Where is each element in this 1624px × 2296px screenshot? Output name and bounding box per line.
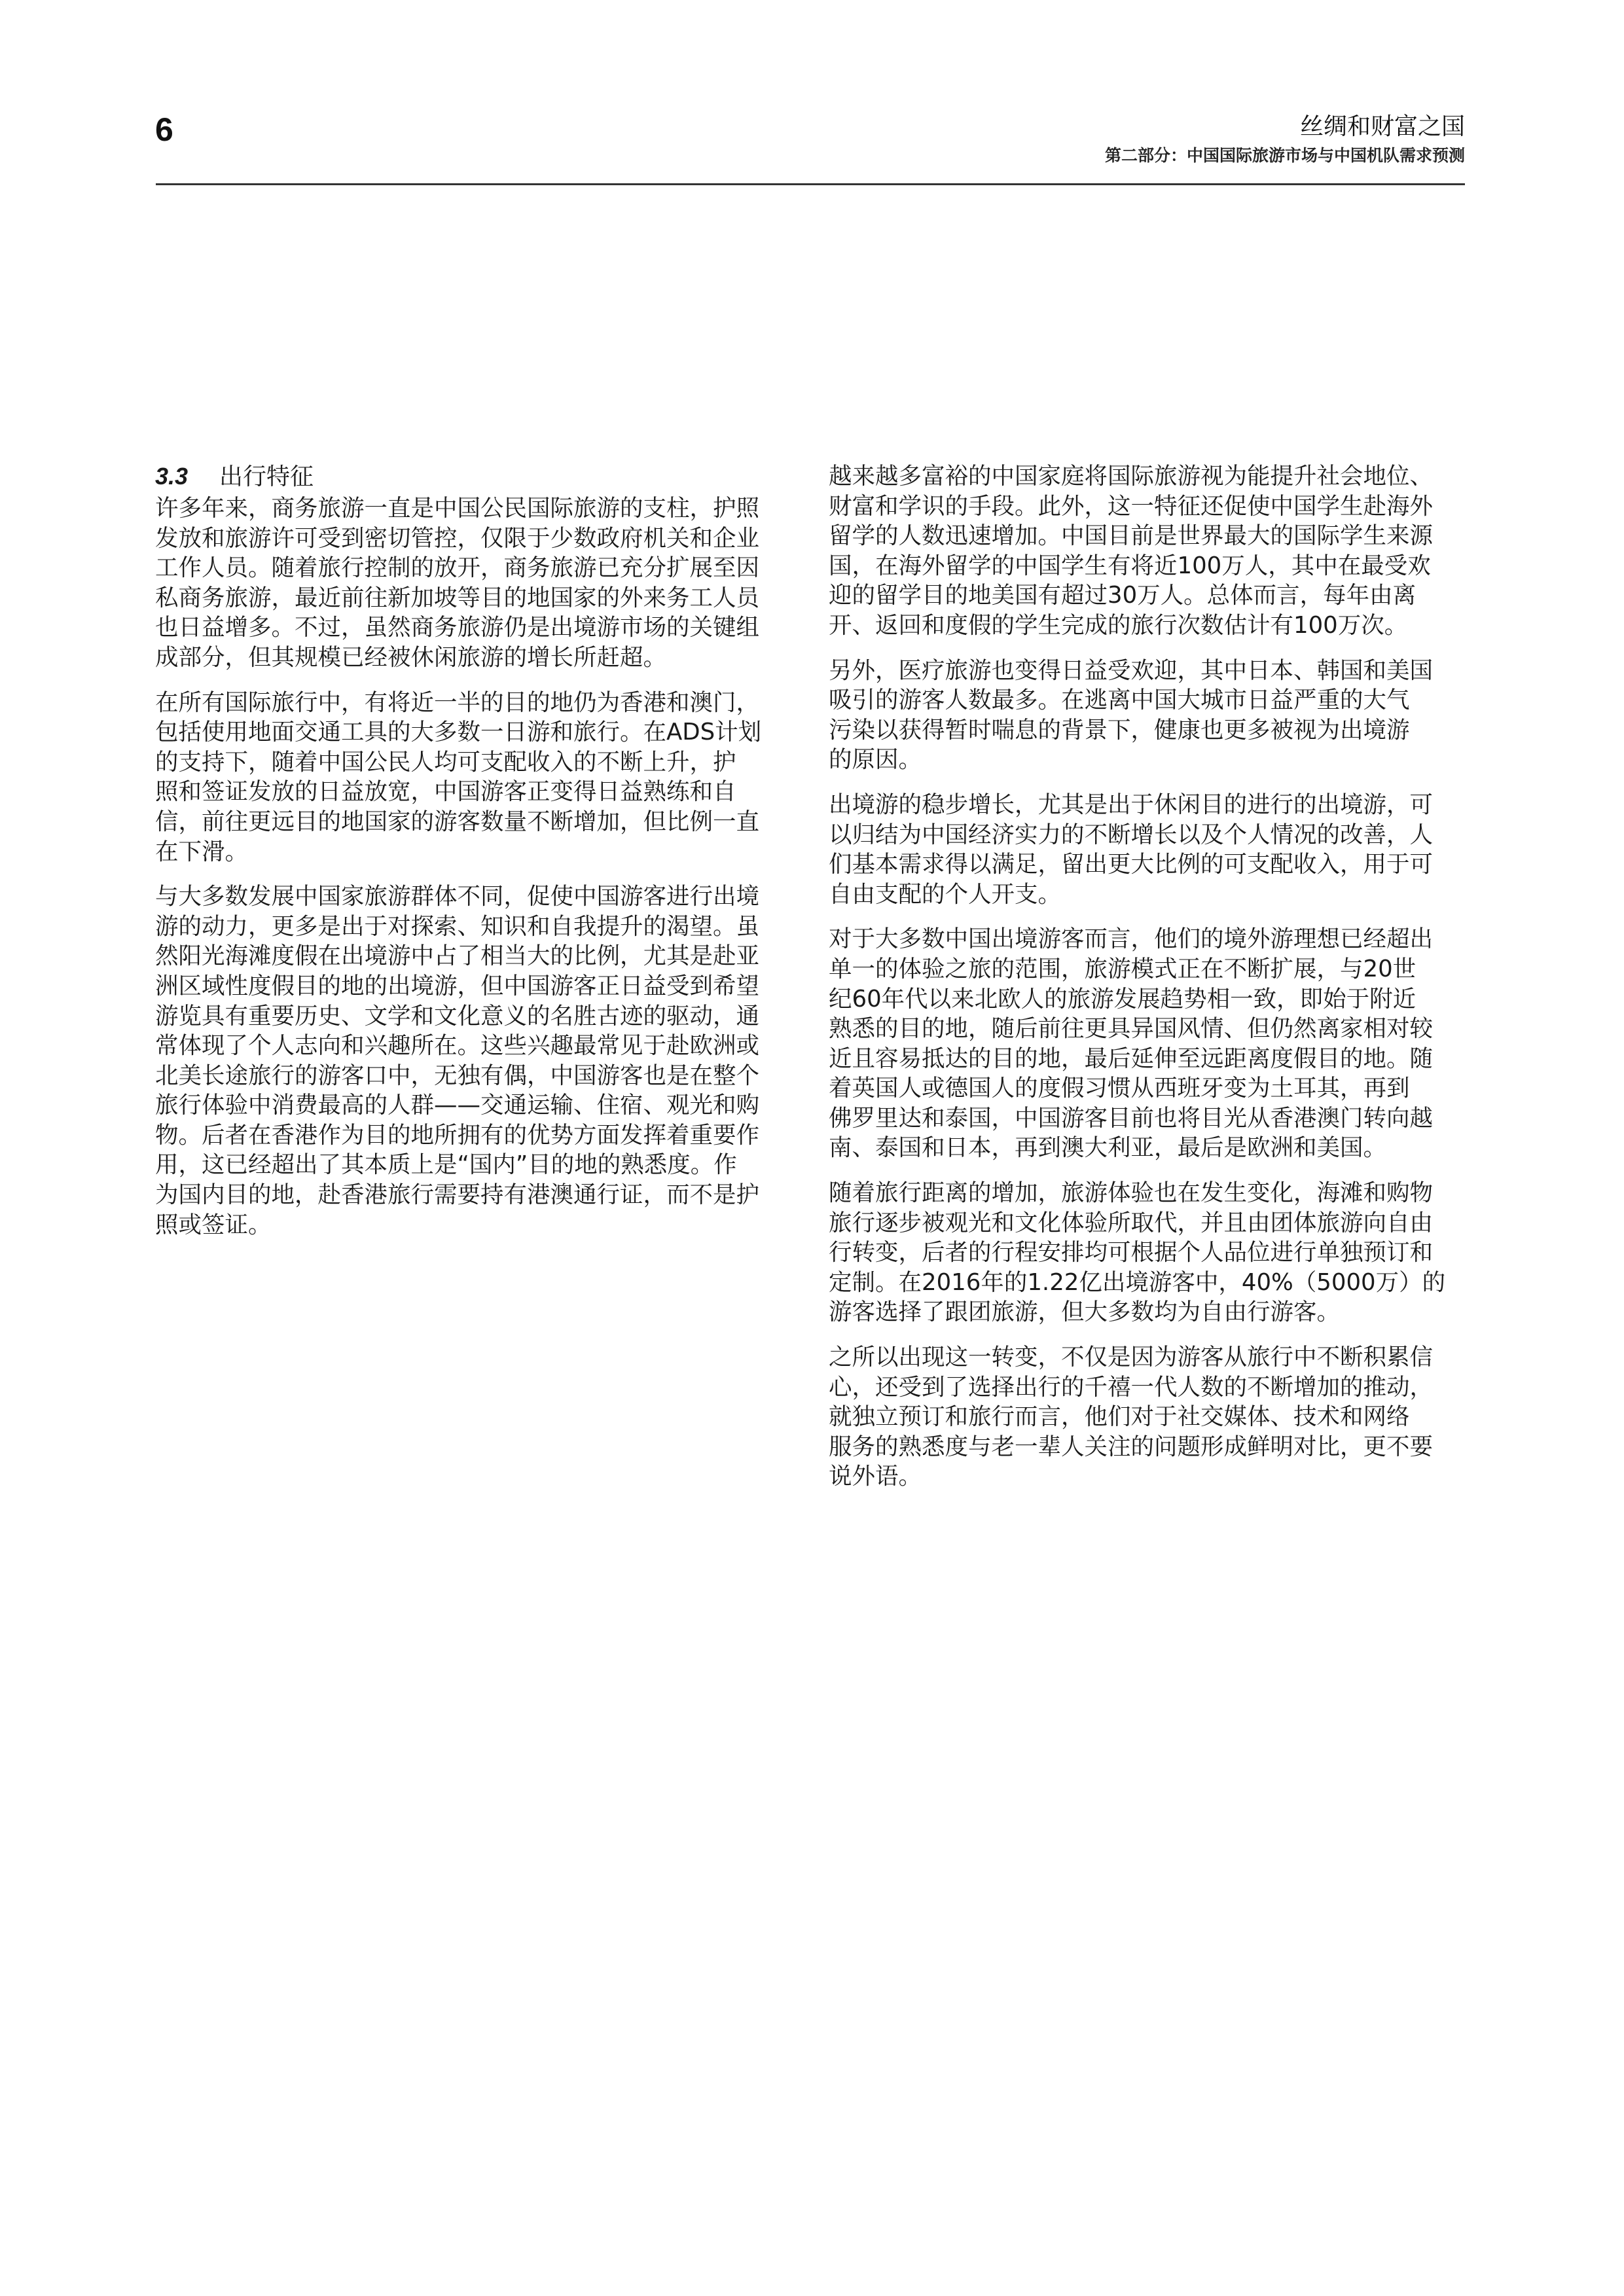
left-paragraphs: 许多年来，商务旅游一直是中国公民国际旅游的支柱，护照发放和旅游许可受到密切管控，… bbox=[155, 493, 792, 1240]
text-line: 也日益增多。不过，虽然商务旅游仍是出境游市场的关键组 bbox=[155, 613, 792, 643]
text-line: 私商务旅游，最近前往新加坡等目的地国家的外来务工人员 bbox=[155, 583, 792, 613]
text-line: 游的动力，更多是出于对探索、知识和自我提升的渴望。虽 bbox=[155, 912, 792, 942]
text-line: 熟悉的目的地，随后前往更具异国风情、但仍然离家相对较 bbox=[829, 1014, 1466, 1044]
text-line: 自由支配的个人开支。 bbox=[829, 880, 1466, 910]
right-paragraphs: 越来越多富裕的中国家庭将国际旅游视为能提升社会地位、财富和学识的手段。此外，这一… bbox=[829, 461, 1466, 1492]
text-line: 行转变，后者的行程安排均可根据个人品位进行单独预订和 bbox=[829, 1238, 1466, 1268]
text-line: 为国内目的地，赴香港旅行需要持有港澳通行证，而不是护 bbox=[155, 1180, 792, 1210]
text-line: 物。后者在香港作为目的地所拥有的优势方面发挥着重要作 bbox=[155, 1121, 792, 1151]
paragraph: 越来越多富裕的中国家庭将国际旅游视为能提升社会地位、财富和学识的手段。此外，这一… bbox=[829, 461, 1466, 641]
text-line: 佛罗里达和泰国，中国游客目前也将目光从香港澳门转向越 bbox=[829, 1103, 1466, 1134]
paragraph: 与大多数发展中国家旅游群体不同，促使中国游客进行出境游的动力，更多是出于对探索、… bbox=[155, 882, 792, 1240]
running-subtitle: 第二部分：中国国际旅游市场与中国机队需求预测 bbox=[1105, 145, 1465, 166]
text-line: 包括使用地面交通工具的大多数一日游和旅行。在ADS计划 bbox=[155, 717, 792, 747]
page-number: 6 bbox=[155, 110, 173, 149]
text-line: 随着旅行距离的增加，旅游体验也在发生变化，海滩和购物 bbox=[829, 1178, 1466, 1208]
text-line: 成部分，但其规模已经被休闲旅游的增长所赶超。 bbox=[155, 643, 792, 673]
running-title: 丝绸和财富之国 bbox=[1300, 113, 1465, 141]
text-line: 对于大多数中国出境游客而言，他们的境外游理想已经超出 bbox=[829, 924, 1466, 954]
text-line: 定制。在2016年的1.22亿出境游客中，40%（5000万）的 bbox=[829, 1268, 1466, 1298]
text-line: 近且容易抵达的目的地，最后延伸至远距离度假目的地。随 bbox=[829, 1044, 1466, 1074]
text-line: 就独立预订和旅行而言，他们对于社交媒体、技术和网络 bbox=[829, 1402, 1466, 1432]
left-column: 3.3出行特征 许多年来，商务旅游一直是中国公民国际旅游的支柱，护照发放和旅游许… bbox=[155, 461, 792, 1255]
paragraph: 许多年来，商务旅游一直是中国公民国际旅游的支柱，护照发放和旅游许可受到密切管控，… bbox=[155, 493, 792, 673]
text-line: 越来越多富裕的中国家庭将国际旅游视为能提升社会地位、 bbox=[829, 461, 1466, 492]
text-line: 旅行逐步被观光和文化体验所取代，并且由团体旅游向自由 bbox=[829, 1208, 1466, 1238]
text-line: 心，还受到了选择出行的千禧一代人数的不断增加的推动， bbox=[829, 1372, 1466, 1403]
paragraph: 随着旅行距离的增加，旅游体验也在发生变化，海滩和购物旅行逐步被观光和文化体验所取… bbox=[829, 1178, 1466, 1327]
text-line: 在下滑。 bbox=[155, 837, 792, 867]
text-line: 游览具有重要历史、文学和文化意义的名胜古迹的驱动，通 bbox=[155, 1001, 792, 1031]
text-line: 财富和学识的手段。此外，这一特征还促使中国学生赴海外 bbox=[829, 492, 1466, 522]
text-line: 与大多数发展中国家旅游群体不同，促使中国游客进行出境 bbox=[155, 882, 792, 912]
text-line: 在所有国际旅行中，有将近一半的目的地仍为香港和澳门， bbox=[155, 688, 792, 718]
text-line: 单一的体验之旅的范围，旅游模式正在不断扩展，与20世 bbox=[829, 954, 1466, 984]
paragraph: 在所有国际旅行中，有将近一半的目的地仍为香港和澳门，包括使用地面交通工具的大多数… bbox=[155, 688, 792, 867]
text-line: 信，前往更远目的地国家的游客数量不断增加，但比例一直 bbox=[155, 807, 792, 837]
text-line: 之所以出现这一转变，不仅是因为游客从旅行中不断积累信 bbox=[829, 1342, 1466, 1372]
text-line: 国，在海外留学的中国学生有将近100万人，其中在最受欢 bbox=[829, 551, 1466, 581]
text-line: 的原因。 bbox=[829, 745, 1466, 775]
paragraph: 另外，医疗旅游也变得日益受欢迎，其中日本、韩国和美国吸引的游客人数最多。在逃离中… bbox=[829, 656, 1466, 775]
text-line: 以归结为中国经济实力的不断增长以及个人情况的改善，人 bbox=[829, 820, 1466, 850]
text-line: 污染以获得暂时喘息的背景下，健康也更多被视为出境游 bbox=[829, 715, 1466, 745]
text-line: 出境游的稳步增长，尤其是出于休闲目的进行的出境游，可 bbox=[829, 790, 1466, 820]
text-line: 的支持下，随着中国公民人均可支配收入的不断上升，护 bbox=[155, 747, 792, 778]
section-number: 3.3 bbox=[155, 461, 219, 492]
text-line: 照和签证发放的日益放宽，中国游客正变得日益熟练和自 bbox=[155, 777, 792, 807]
text-line: 们基本需求得以满足，留出更大比例的可支配收入，用于可 bbox=[829, 850, 1466, 880]
text-line: 旅行体验中消费最高的人群——交通运输、住宿、观光和购 bbox=[155, 1090, 792, 1121]
paragraph: 对于大多数中国出境游客而言，他们的境外游理想已经超出单一的体验之旅的范围，旅游模… bbox=[829, 924, 1466, 1163]
text-line: 另外，医疗旅游也变得日益受欢迎，其中日本、韩国和美国 bbox=[829, 656, 1466, 686]
text-line: 南、泰国和日本，再到澳大利亚，最后是欧洲和美国。 bbox=[829, 1133, 1466, 1163]
text-line: 照或签证。 bbox=[155, 1210, 792, 1240]
section-title: 出行特征 bbox=[219, 463, 314, 490]
text-line: 纪60年代以来北欧人的旅游发展趋势相一致，即始于附近 bbox=[829, 984, 1466, 1014]
text-line: 服务的熟悉度与老一辈人关注的问题形成鲜明对比，更不要 bbox=[829, 1432, 1466, 1462]
text-line: 迎的留学目的地美国有超过30万人。总体而言，每年由离 bbox=[829, 581, 1466, 611]
paragraph: 出境游的稳步增长，尤其是出于休闲目的进行的出境游，可以归结为中国经济实力的不断增… bbox=[829, 790, 1466, 909]
text-line: 着英国人或德国人的度假习惯从西班牙变为土耳其，再到 bbox=[829, 1073, 1466, 1103]
text-line: 工作人员。随着旅行控制的放开，商务旅游已充分扩展至因 bbox=[155, 553, 792, 583]
text-line: 许多年来，商务旅游一直是中国公民国际旅游的支柱，护照 bbox=[155, 493, 792, 524]
paragraph: 之所以出现这一转变，不仅是因为游客从旅行中不断积累信心，还受到了选择出行的千禧一… bbox=[829, 1342, 1466, 1492]
text-line: 留学的人数迅速增加。中国目前是世界最大的国际学生来源 bbox=[829, 521, 1466, 551]
text-line: 说外语。 bbox=[829, 1462, 1466, 1492]
text-line: 开、返回和度假的学生完成的旅行次数估计有100万次。 bbox=[829, 611, 1466, 641]
text-line: 用，这已经超出了其本质上是“国内”目的地的熟悉度。作 bbox=[155, 1150, 792, 1180]
section-heading: 3.3出行特征 bbox=[155, 461, 792, 492]
right-column: 越来越多富裕的中国家庭将国际旅游视为能提升社会地位、财富和学识的手段。此外，这一… bbox=[829, 461, 1466, 1507]
text-line: 洲区域性度假目的地的出境游，但中国游客正日益受到希望 bbox=[155, 971, 792, 1001]
text-line: 然阳光海滩度假在出境游中占了相当大的比例，尤其是赴亚 bbox=[155, 941, 792, 971]
text-line: 游客选择了跟团旅游，但大多数均为自由行游客。 bbox=[829, 1297, 1466, 1327]
text-line: 北美长途旅行的游客口中，无独有偶，中国游客也是在整个 bbox=[155, 1061, 792, 1091]
text-line: 常体现了个人志向和兴趣所在。这些兴趣最常见于赴欧洲或 bbox=[155, 1031, 792, 1061]
header-rule bbox=[156, 183, 1465, 185]
text-line: 吸引的游客人数最多。在逃离中国大城市日益严重的大气 bbox=[829, 685, 1466, 715]
text-line: 发放和旅游许可受到密切管控，仅限于少数政府机关和企业 bbox=[155, 524, 792, 554]
